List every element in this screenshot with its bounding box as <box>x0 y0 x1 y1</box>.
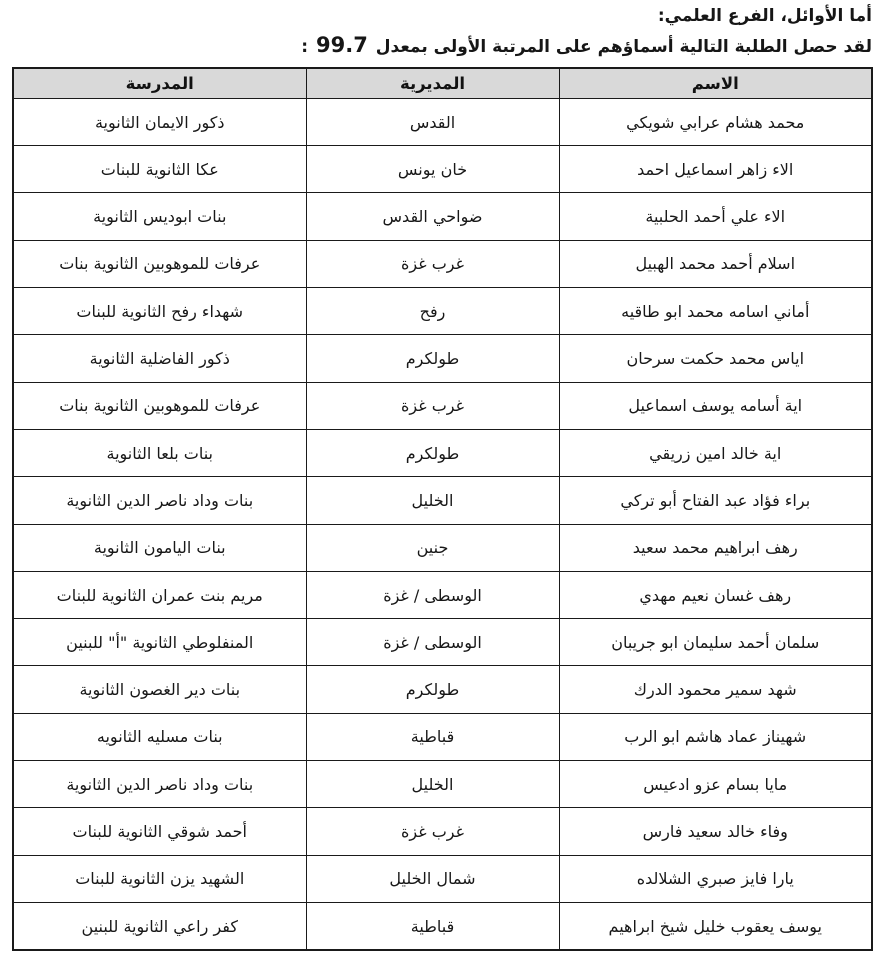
school-cell: ذكور الفاضلية الثانوية <box>13 335 306 382</box>
school-cell: مريم بنت عمران الثانوية للبنات <box>13 571 306 618</box>
directorate-cell: غرب غزة <box>306 808 559 855</box>
column-header-school: المدرسة <box>13 68 306 99</box>
school-cell: عرفات للموهوبين الثانوية بنات <box>13 382 306 429</box>
school-cell: بنات دير الغصون الثانوية <box>13 666 306 713</box>
top-students-table: الاسم المديرية المدرسة محمد هشام عرابي ش… <box>12 67 873 951</box>
directorate-cell: الخليل <box>306 477 559 524</box>
school-cell: المنفلوطي الثانوية "أ" للبنين <box>13 619 306 666</box>
table-header-row: الاسم المديرية المدرسة <box>13 68 872 99</box>
table-row: يارا فايز صبري الشلالدهشمال الخليلالشهيد… <box>13 855 872 902</box>
table-row: اياس محمد حكمت سرحانطولكرمذكور الفاضلية … <box>13 335 872 382</box>
directorate-cell: ضواحي القدس <box>306 193 559 240</box>
school-cell: بنات اليامون الثانوية <box>13 524 306 571</box>
title-line-average: لقد حصل الطلبة التالية أسماؤهم على المرت… <box>0 29 872 62</box>
table-row: سلمان أحمد سليمان ابو جريبانالوسطى / غزة… <box>13 619 872 666</box>
table-row: الاء زاهر اسماعيل احمدخان يونسعكا الثانو… <box>13 146 872 193</box>
table-row: أماني اسامه محمد ابو طاقيهرفحشهداء رفح ا… <box>13 288 872 335</box>
table-row: شهد سمير محمود الدركطولكرمبنات دير الغصو… <box>13 666 872 713</box>
name-cell: اياس محمد حكمت سرحان <box>559 335 872 382</box>
directorate-cell: الوسطى / غزة <box>306 571 559 618</box>
directorate-cell: القدس <box>306 98 559 145</box>
name-cell: الاء علي أحمد الحلبية <box>559 193 872 240</box>
table-row: يوسف يعقوب خليل شيخ ابراهيمقباطيةكفر راع… <box>13 902 872 950</box>
document-page: أما الأوائل، الفرع العلمي: لقد حصل الطلب… <box>0 0 877 977</box>
school-cell: أحمد شوقي الثانوية للبنات <box>13 808 306 855</box>
name-cell: يارا فايز صبري الشلالده <box>559 855 872 902</box>
directorate-cell: خان يونس <box>306 146 559 193</box>
name-cell: سلمان أحمد سليمان ابو جريبان <box>559 619 872 666</box>
name-cell: رهف ابراهيم محمد سعيد <box>559 524 872 571</box>
name-cell: وفاء خالد سعيد فارس <box>559 808 872 855</box>
directorate-cell: قباطية <box>306 902 559 950</box>
school-cell: شهداء رفح الثانوية للبنات <box>13 288 306 335</box>
table-row: رهف ابراهيم محمد سعيدجنينبنات اليامون ال… <box>13 524 872 571</box>
directorate-cell: جنين <box>306 524 559 571</box>
directorate-cell: قباطية <box>306 713 559 760</box>
name-cell: اسلام أحمد محمد الهبيل <box>559 240 872 287</box>
name-cell: اية خالد امين زريقي <box>559 429 872 476</box>
school-cell: بنات ابوديس الثانوية <box>13 193 306 240</box>
directorate-cell: طولكرم <box>306 429 559 476</box>
school-cell: بنات مسليه الثانويه <box>13 713 306 760</box>
name-cell: محمد هشام عرابي شويكي <box>559 98 872 145</box>
table-row: اية خالد امين زريقيطولكرمبنات بلعا الثان… <box>13 429 872 476</box>
name-cell: يوسف يعقوب خليل شيخ ابراهيم <box>559 902 872 950</box>
table-row: محمد هشام عرابي شويكيالقدسذكور الايمان ا… <box>13 98 872 145</box>
table-row: شهيناز عماد هاشم ابو الربقباطيةبنات مسلي… <box>13 713 872 760</box>
directorate-cell: رفح <box>306 288 559 335</box>
table-body: محمد هشام عرابي شويكيالقدسذكور الايمان ا… <box>13 98 872 950</box>
directorate-cell: الوسطى / غزة <box>306 619 559 666</box>
school-cell: عرفات للموهوبين الثانوية بنات <box>13 240 306 287</box>
name-cell: رهف غسان نعيم مهدي <box>559 571 872 618</box>
table-row: مايا بسام عزو ادعيسالخليلبنات وداد ناصر … <box>13 761 872 808</box>
school-cell: الشهيد يزن الثانوية للبنات <box>13 855 306 902</box>
name-cell: شهيناز عماد هاشم ابو الرب <box>559 713 872 760</box>
name-cell: براء فؤاد عبد الفتاح أبو تركي <box>559 477 872 524</box>
directorate-cell: طولكرم <box>306 335 559 382</box>
school-cell: بنات وداد ناصر الدين الثانوية <box>13 477 306 524</box>
document-header: أما الأوائل، الفرع العلمي: لقد حصل الطلب… <box>0 0 877 62</box>
table-row: رهف غسان نعيم مهديالوسطى / غزةمريم بنت ع… <box>13 571 872 618</box>
table-row: وفاء خالد سعيد فارسغرب غزةأحمد شوقي الثا… <box>13 808 872 855</box>
column-header-name: الاسم <box>559 68 872 99</box>
column-header-directorate: المديرية <box>306 68 559 99</box>
directorate-cell: غرب غزة <box>306 382 559 429</box>
school-cell: بنات بلعا الثانوية <box>13 429 306 476</box>
directorate-cell: الخليل <box>306 761 559 808</box>
title-line-branch: أما الأوائل، الفرع العلمي: <box>0 3 872 29</box>
school-cell: كفر راعي الثانوية للبنين <box>13 902 306 950</box>
school-cell: ذكور الايمان الثانوية <box>13 98 306 145</box>
title-average-text: لقد حصل الطلبة التالية أسماؤهم على المرت… <box>376 37 872 57</box>
name-cell: اية أسامه يوسف اسماعيل <box>559 382 872 429</box>
directorate-cell: غرب غزة <box>306 240 559 287</box>
name-cell: شهد سمير محمود الدرك <box>559 666 872 713</box>
directorate-cell: طولكرم <box>306 666 559 713</box>
average-value: 99.7 <box>314 29 370 62</box>
table-row: اية أسامه يوسف اسماعيلغرب غزةعرفات للموه… <box>13 382 872 429</box>
name-cell: مايا بسام عزو ادعيس <box>559 761 872 808</box>
directorate-cell: شمال الخليل <box>306 855 559 902</box>
table-row: الاء علي أحمد الحلبيةضواحي القدسبنات ابو… <box>13 193 872 240</box>
school-cell: بنات وداد ناصر الدين الثانوية <box>13 761 306 808</box>
title-average-suffix: : <box>301 37 308 57</box>
school-cell: عكا الثانوية للبنات <box>13 146 306 193</box>
table-row: براء فؤاد عبد الفتاح أبو تركيالخليلبنات … <box>13 477 872 524</box>
name-cell: أماني اسامه محمد ابو طاقيه <box>559 288 872 335</box>
name-cell: الاء زاهر اسماعيل احمد <box>559 146 872 193</box>
table-row: اسلام أحمد محمد الهبيلغرب غزةعرفات للموه… <box>13 240 872 287</box>
